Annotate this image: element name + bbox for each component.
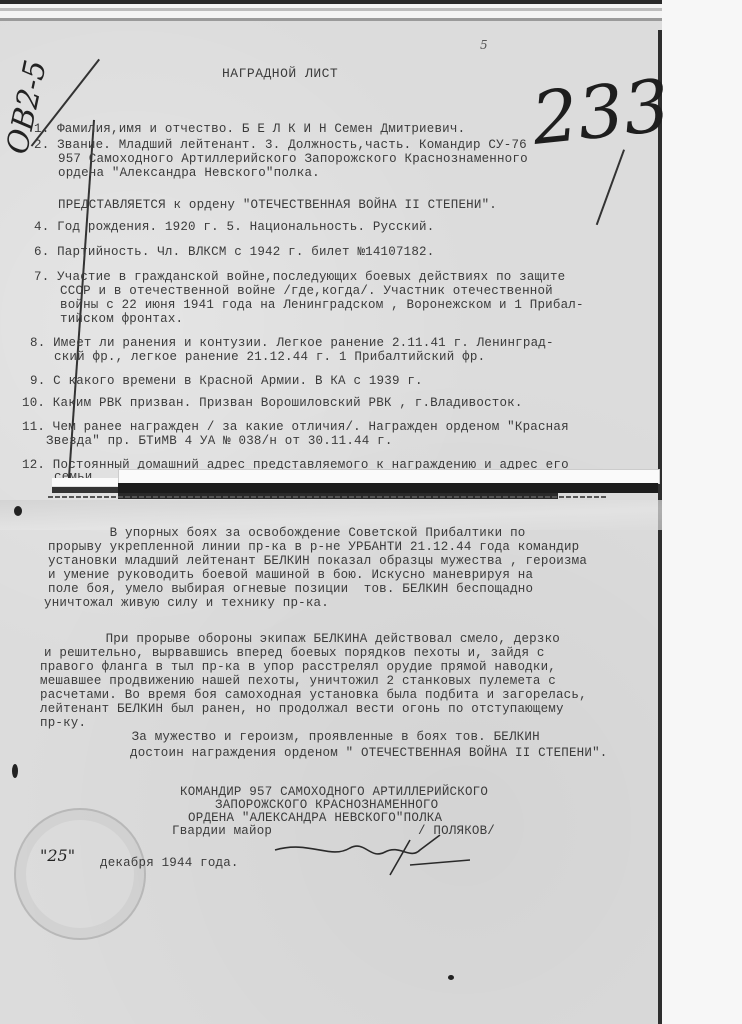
field-11: 11. Чем ранее награжден / за какие отлич… bbox=[22, 420, 569, 435]
field-2-cont: 957 Самоходного Артиллерийского Запорожс… bbox=[58, 152, 528, 167]
redaction-bar bbox=[52, 478, 118, 486]
narrative-line: и умение руководить боевой машиной в бою… bbox=[48, 568, 533, 583]
nomination-line: ПРЕДСТАВЛЯЕТСЯ к ордену "ОТЕЧЕСТВЕННАЯ В… bbox=[58, 198, 497, 213]
redaction-bar bbox=[52, 487, 118, 493]
field-2: 2. Звание. Младший лейтенант. 3. Должнос… bbox=[34, 138, 527, 153]
ink-blot bbox=[12, 764, 18, 778]
scan-right-margin bbox=[662, 0, 742, 1024]
field-7-cont: СССР и в отечественной войне /где,когда/… bbox=[60, 284, 553, 299]
redaction-bar bbox=[118, 469, 660, 484]
narrative-line: прорыву укрепленной линии пр-ка в р-не У… bbox=[48, 540, 579, 555]
date-text: декабря 1944 года. bbox=[100, 856, 239, 871]
field-9: 9. С какого времени в Красной Армии. В К… bbox=[30, 374, 423, 389]
field-2-cont2: ордена "Александра Невского"полка. bbox=[58, 166, 320, 181]
narrative-line: уничтожал живую силу и технику пр-ка. bbox=[44, 596, 329, 611]
narrative-line: и решительно, вырвавшись вперед боевых п… bbox=[44, 646, 545, 661]
field-4-5: 4. Год рождения. 1920 г. 5. Национальнос… bbox=[34, 220, 434, 235]
separator-dashes bbox=[48, 496, 608, 498]
narrative-line: установки младший лейтенант БЕЛКИН показ… bbox=[48, 554, 587, 569]
narrative-line: В упорных боях за освобождение Советской… bbox=[48, 526, 525, 541]
scan-top-line bbox=[0, 8, 742, 11]
scan-top-edge bbox=[0, 0, 742, 4]
official-stamp bbox=[14, 808, 146, 940]
redaction-bar bbox=[118, 483, 658, 493]
archive-mark: 5 bbox=[480, 38, 488, 52]
signature bbox=[270, 830, 470, 880]
field-8-cont: ский фр., легкое ранение 21.12.44 г. 1 П… bbox=[54, 350, 485, 365]
field-7-cont2: войны с 22 июня 1941 года на Ленинградск… bbox=[60, 298, 584, 313]
narrative-line: пр-ку. bbox=[40, 716, 86, 731]
date-day: "25" bbox=[40, 846, 75, 865]
conclusion-line: достоин награждения орденом " ОТЕЧЕСТВЕН… bbox=[130, 746, 607, 761]
field-6: 6. Партийность. Чл. ВЛКСМ с 1942 г. биле… bbox=[34, 245, 434, 260]
narrative-line: поле боя, умело выбирая огневые позиции … bbox=[48, 582, 533, 597]
document-title: НАГРАДНОЙ ЛИСТ bbox=[222, 66, 338, 81]
narrative-line: лейтенант БЕЛКИН был ранен, но продолжал… bbox=[40, 702, 564, 717]
narrative-line: расчетами. Во время боя самоходная устан… bbox=[40, 688, 587, 703]
conclusion-line: За мужество и героизм, проявленные в боя… bbox=[70, 730, 540, 745]
handwritten-number: 233 bbox=[528, 63, 673, 161]
field-7: 7. Участие в гражданской войне,последующ… bbox=[34, 270, 565, 285]
field-11-cont: Звезда" пр. БТиМВ 4 УА № 038/н от 30.11.… bbox=[46, 434, 393, 449]
ink-spot bbox=[448, 975, 454, 980]
field-8: 8. Имеет ли ранения и контузии. Легкое р… bbox=[30, 336, 554, 351]
commander-rank: Гвардии майор bbox=[172, 824, 272, 839]
ink-blot bbox=[14, 506, 22, 516]
narrative-line: При прорыве обороны экипаж БЕЛКИНА дейст… bbox=[44, 632, 560, 647]
field-7-cont3: тийском фронтах. bbox=[60, 312, 183, 327]
narrative-line: мешавшее продвижению нашей пехоты, уничт… bbox=[40, 674, 556, 689]
field-10: 10. Каким РВК призван. Призван Ворошилов… bbox=[22, 396, 523, 411]
narrative-line: правого фланга в тыл пр-ка в упор расстр… bbox=[40, 660, 556, 675]
field-1: 1. Фамилия,имя и отчество. Б Е Л К И Н С… bbox=[34, 122, 465, 137]
